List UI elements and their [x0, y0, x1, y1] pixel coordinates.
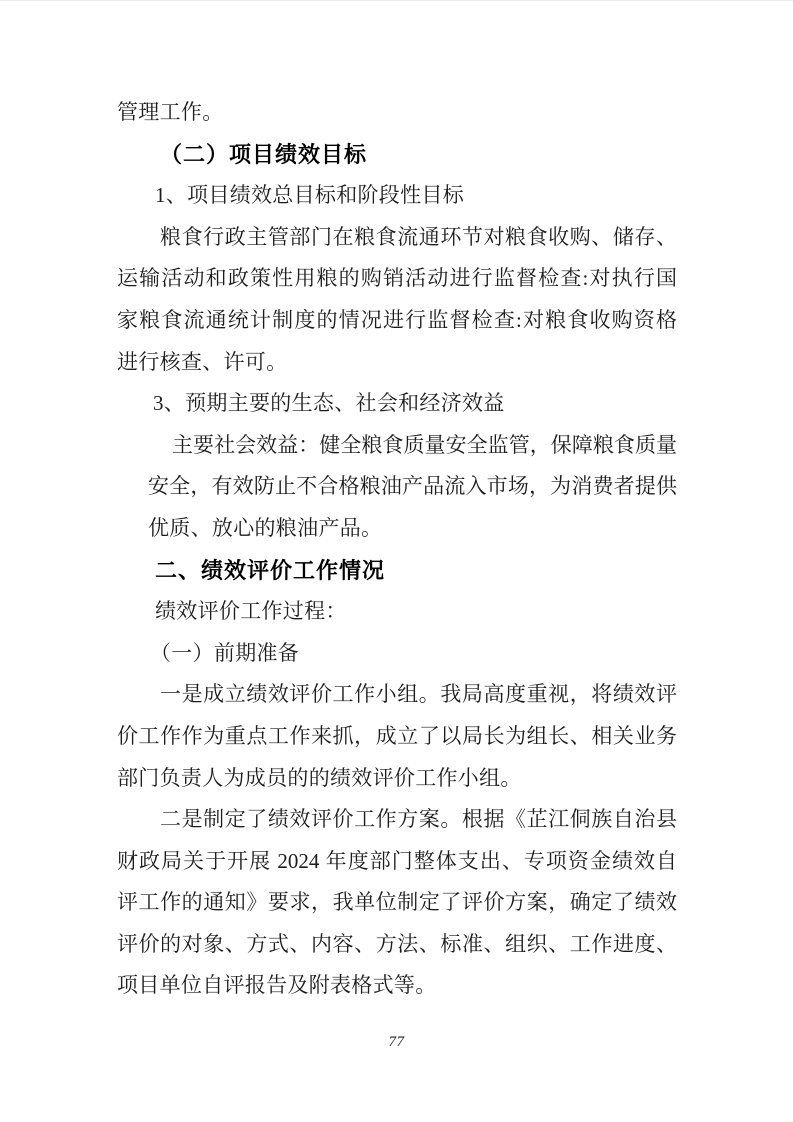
text-line: 运输活动和政策性用粮的购销活动进行监督检查:对执行国	[117, 258, 677, 300]
text-line: 部门负责人为成员的的绩效评价工作小组。	[117, 758, 677, 800]
text-line: 主要社会效益：健全粮食质量安全监管，保障粮食质量	[172, 425, 677, 467]
text-line: 一是成立绩效评价工作小组。我局高度重视，将绩效评	[160, 674, 677, 716]
document-page: 管理工作。（二）项目绩效目标1、项目绩效总目标和阶段性目标粮食行政主管部门在粮食…	[0, 0, 793, 1122]
text-line: 3、预期主要的生态、社会和经济效益	[153, 383, 677, 425]
text-line: 二是制定了绩效评价工作方案。根据《芷江侗族自治县	[160, 799, 677, 841]
text-line: 管理工作。	[117, 92, 677, 134]
text-line: 评工作的通知》要求，我单位制定了评价方案，确定了绩效	[117, 882, 677, 924]
text-line: 安全，有效防止不合格粮油产品流入市场，为消费者提供	[148, 466, 677, 508]
heading-line: 二、绩效评价工作情况	[155, 550, 677, 592]
page-number: 77	[0, 1034, 793, 1051]
text-line: 财政局关于开展 2024 年度部门整体支出、专项资金绩效自	[117, 841, 677, 883]
text-line: 优质、放心的粮油产品。	[148, 508, 677, 550]
text-line: 评价的对象、方式、内容、方法、标准、组织、工作进度、	[117, 924, 677, 966]
text-line: 绩效评价工作过程：	[155, 591, 677, 633]
text-line: 家粮食流通统计制度的情况进行监督检查:对粮食收购资格	[117, 300, 677, 342]
heading-line: （二）项目绩效目标	[160, 134, 677, 176]
text-line: 1、项目绩效总目标和阶段性目标	[155, 175, 677, 217]
text-line: 进行核查、许可。	[117, 342, 677, 384]
text-line: （一）前期准备	[150, 633, 677, 675]
document-body: 管理工作。（二）项目绩效目标1、项目绩效总目标和阶段性目标粮食行政主管部门在粮食…	[117, 92, 677, 1007]
text-line: 项目单位自评报告及附表格式等。	[117, 965, 677, 1007]
text-line: 粮食行政主管部门在粮食流通环节对粮食收购、储存、	[160, 217, 677, 259]
text-line: 价工作作为重点工作来抓，成立了以局长为组长、相关业务	[117, 716, 677, 758]
